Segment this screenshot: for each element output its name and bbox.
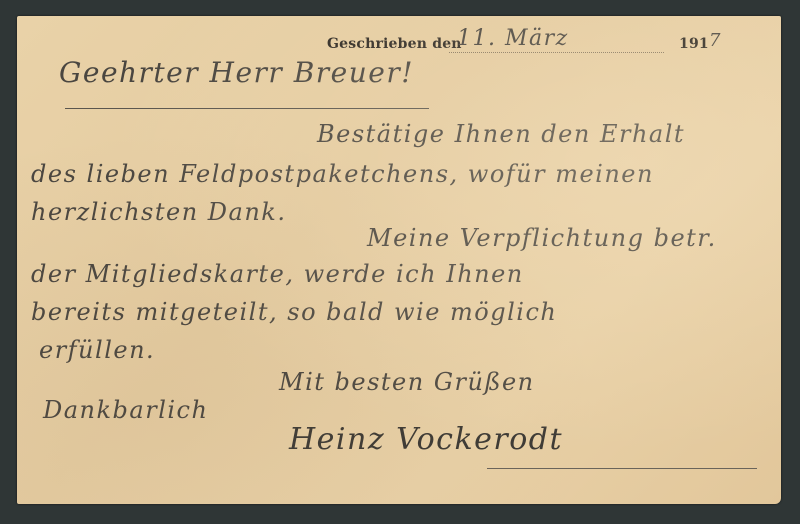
signature: Heinz Vockerodt	[289, 422, 563, 457]
printed-header-label: Geschrieben den	[327, 36, 462, 52]
handwritten-year-digit: 7	[709, 30, 722, 51]
body-line-6: bereits mitgeteilt, so bald wie möglich	[31, 298, 557, 326]
salutation-underline	[65, 108, 429, 109]
postcard: Geschrieben den 11. März 191 7 Geehrter …	[17, 16, 781, 504]
body-line-5: der Mitgliedskarte, werde ich Ihnen	[31, 260, 524, 288]
closing: Mit besten Grüßen	[279, 368, 535, 396]
salutation: Geehrter Herr Breuer!	[59, 56, 414, 89]
left-note: Dankbarlich	[43, 396, 208, 424]
handwritten-date: 11. März	[457, 26, 569, 51]
body-line-4: Meine Verpflichtung betr.	[367, 224, 717, 252]
body-line-3: herzlichsten Dank.	[31, 198, 286, 226]
body-line-7: erfüllen.	[39, 336, 155, 364]
signature-underline	[487, 468, 757, 469]
date-dotted-line	[449, 52, 664, 53]
body-line-2: des lieben Feldpostpaketchens, wofür mei…	[31, 160, 654, 188]
body-line-1: Bestätige Ihnen den Erhalt	[317, 120, 685, 148]
printed-year-prefix: 191	[679, 36, 709, 52]
